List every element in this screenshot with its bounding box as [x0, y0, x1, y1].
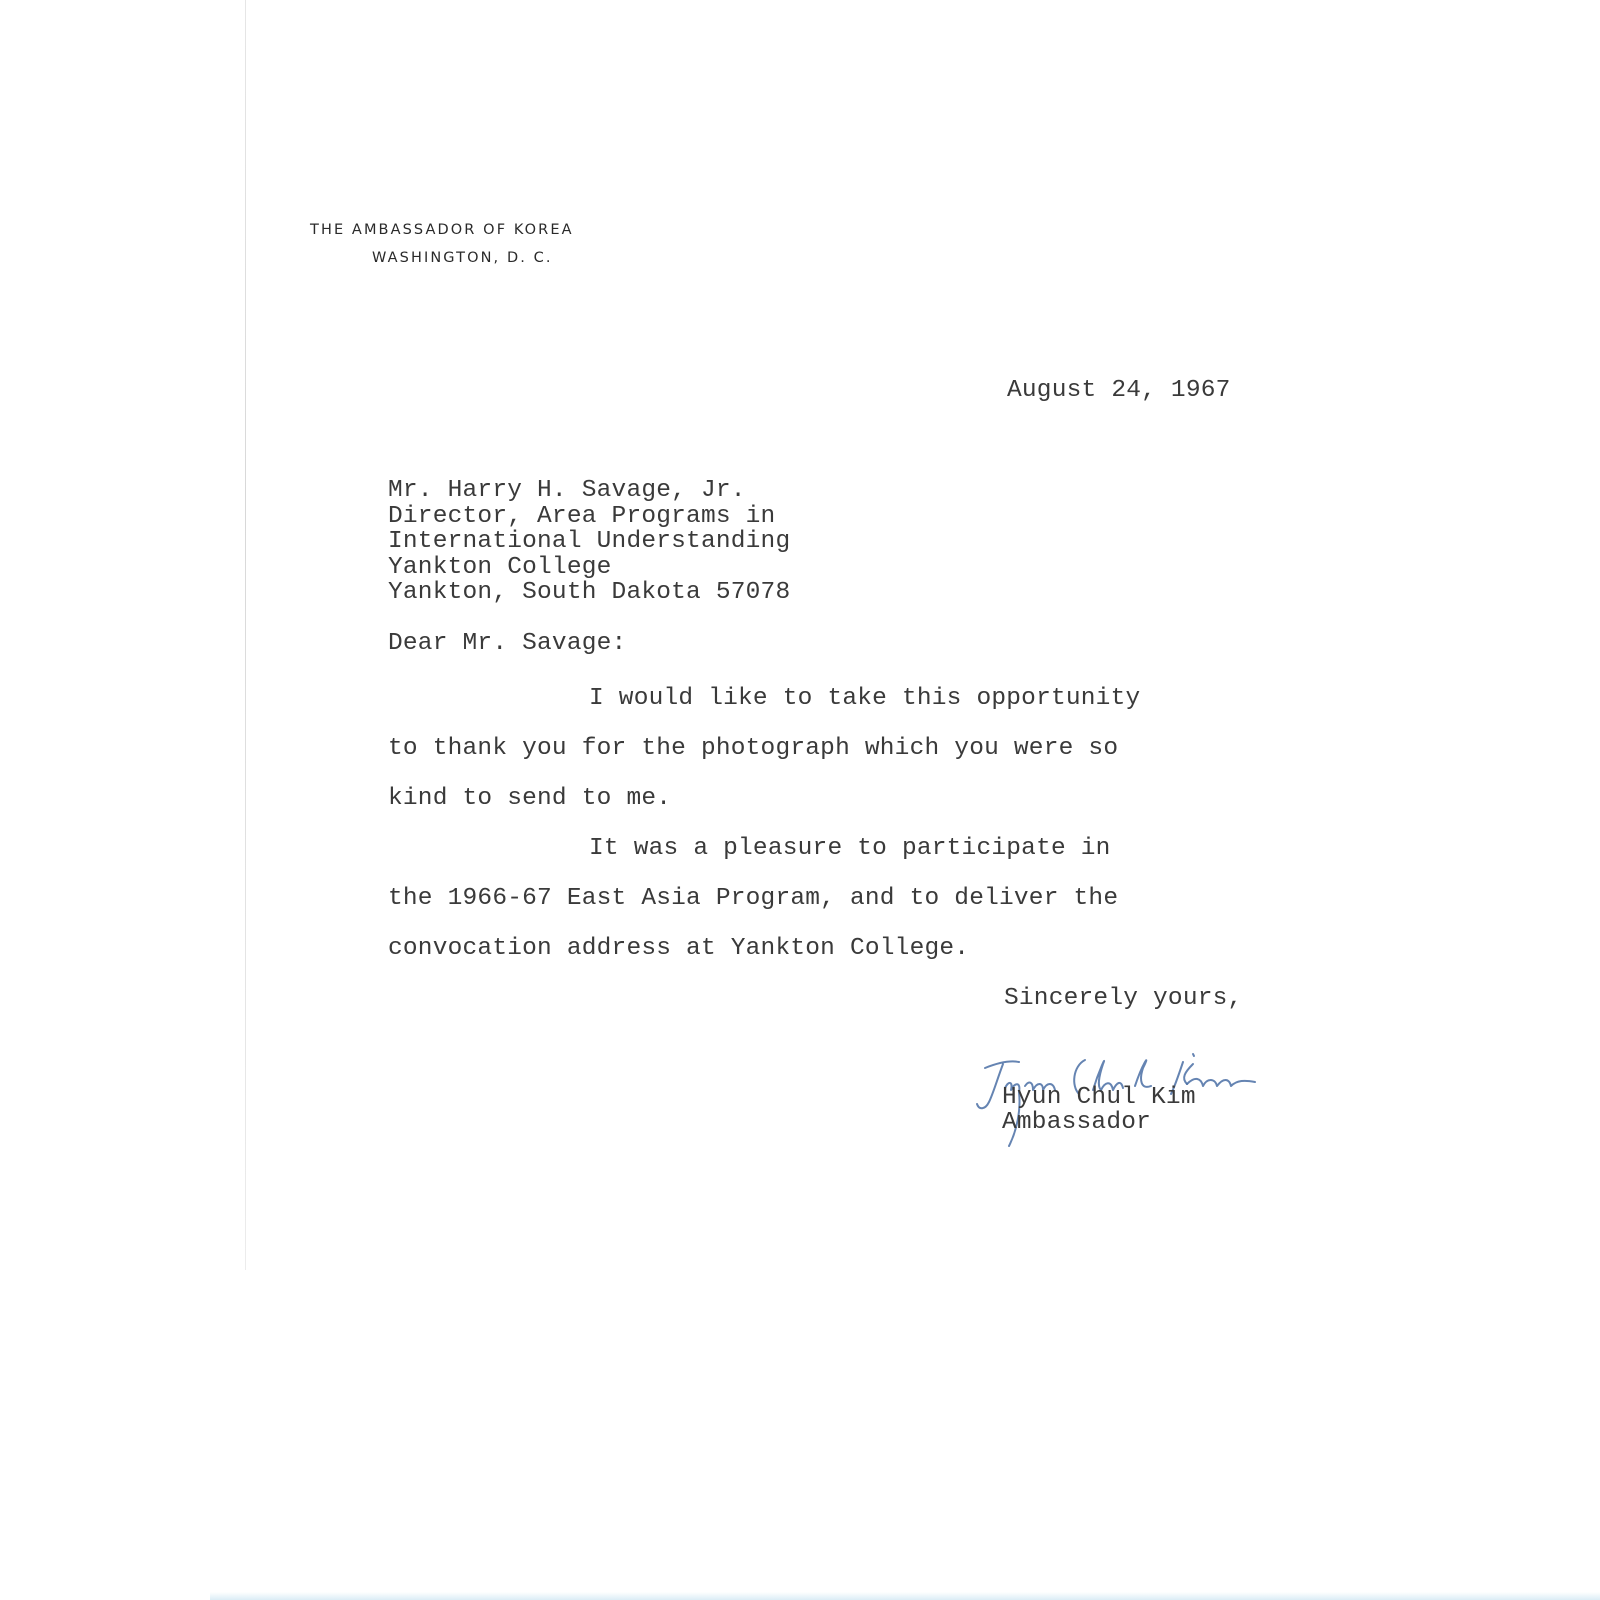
paragraph-line: to thank you for the photograph which yo…: [388, 724, 1140, 774]
letterhead-title: THE AMBASSADOR OF KOREA: [310, 216, 574, 244]
paragraph-line: convocation address at Yankton College.: [388, 924, 1118, 974]
paragraph-line: kind to send to me.: [388, 774, 1140, 824]
address-line: Yankton, South Dakota 57078: [388, 580, 790, 606]
letterhead-location: WASHINGTON, D. C.: [310, 244, 574, 272]
recipient-address: Mr. Harry H. Savage, Jr. Director, Area …: [388, 478, 790, 606]
closing: Sincerely yours,: [1004, 985, 1242, 1012]
address-line: International Understanding: [388, 529, 790, 555]
letter-date: August 24, 1967: [1007, 377, 1231, 404]
paragraph-line: the 1966-67 East Asia Program, and to de…: [388, 874, 1118, 924]
address-line: Mr. Harry H. Savage, Jr.: [388, 478, 790, 504]
address-line: Yankton College: [388, 555, 790, 581]
paragraph-line: It was a pleasure to participate in: [388, 824, 1118, 874]
salutation: Dear Mr. Savage:: [388, 630, 626, 657]
signatory-name: Hyun Chul Kim: [1002, 1085, 1196, 1110]
scan-edge: [210, 1592, 1600, 1600]
paragraph-line: I would like to take this opportunity: [388, 674, 1140, 724]
page-edge: [245, 0, 246, 1270]
address-line: Director, Area Programs in: [388, 504, 790, 530]
body-paragraph: I would like to take this opportunity to…: [388, 674, 1140, 824]
signatory-block: Hyun Chul Kim Ambassador: [1002, 1085, 1196, 1135]
body-paragraph: It was a pleasure to participate in the …: [388, 824, 1118, 974]
letterhead: THE AMBASSADOR OF KOREA WASHINGTON, D. C…: [310, 216, 574, 272]
signatory-title: Ambassador: [1002, 1110, 1196, 1135]
